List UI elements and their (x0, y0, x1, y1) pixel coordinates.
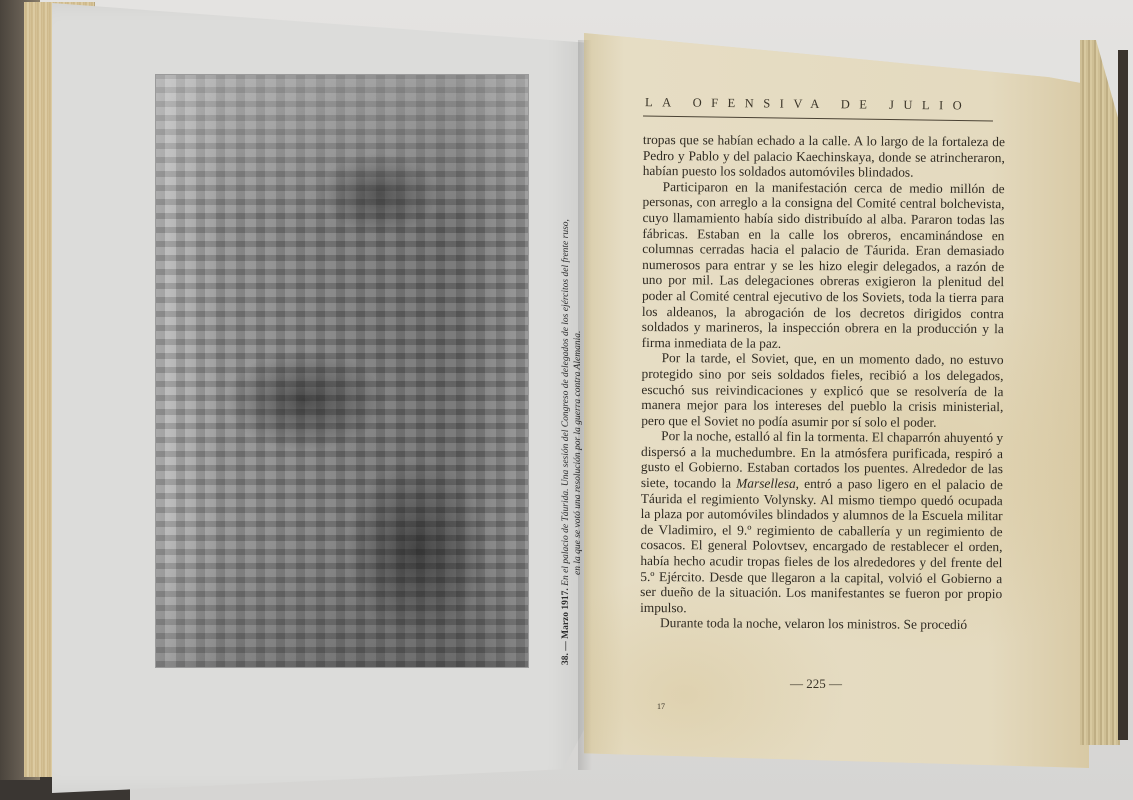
plate-date: — Marzo 1917. (561, 588, 571, 651)
book-cover-right (1118, 50, 1128, 740)
body-text: tropas que se habían echado a la calle. … (640, 132, 1005, 633)
plate-caption-text: En el palacio de Táurida. Una sesión del… (561, 219, 571, 586)
signature-mark: 17 (657, 702, 665, 711)
photo-plate (156, 75, 528, 667)
paragraph: Por la tarde, el Soviet, que, en un mome… (641, 350, 1003, 430)
paragraph-text: , entró a paso ligero en el palacio de T… (640, 476, 1003, 615)
plate-number: 38. (561, 653, 571, 665)
paragraph: Participaron en la manifestación cerca d… (642, 179, 1005, 353)
page-number: — 225 — (790, 676, 842, 692)
book-gutter-shadow (578, 40, 592, 770)
paragraph: Durante toda la noche, velaron los minis… (640, 615, 1002, 633)
italic-title: Marsellesa (736, 476, 796, 491)
paragraph: Por la noche, estalló al fin la tormenta… (640, 428, 1003, 617)
page-edges-right (1080, 40, 1120, 745)
photo-tone-overlay (156, 75, 528, 667)
paragraph-continued: tropas que se habían echado a la calle. … (643, 132, 1005, 181)
